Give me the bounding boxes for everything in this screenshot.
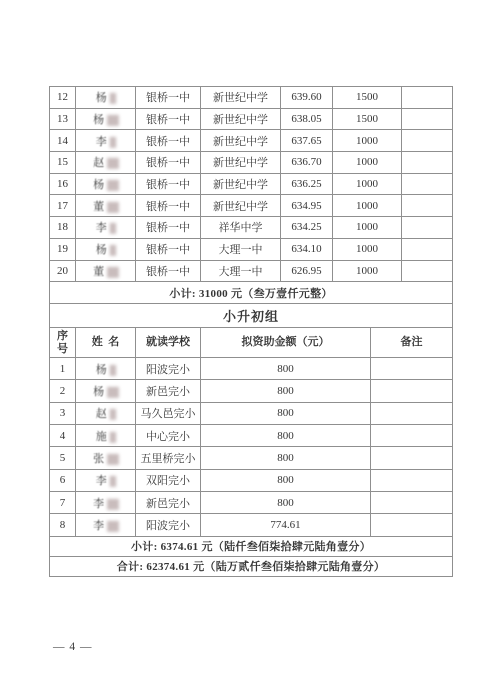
grant-amount: 1000 [333, 217, 402, 239]
grant-amount: 800 [201, 469, 371, 491]
table-row: 8 李██ 阳波完小 774.61 [50, 514, 453, 536]
exam-score: 626.95 [281, 260, 333, 282]
table-row: 13 杨██ 银桥一中 新世纪中学 638.05 1500 [50, 108, 453, 130]
admitted-school: 新世纪中学 [201, 195, 281, 217]
note-cell [371, 491, 453, 513]
student-no: 7 [50, 491, 76, 513]
redacted-name: █ [110, 409, 115, 419]
surname-text: 施 [96, 431, 107, 443]
student-name: 董██ [76, 260, 136, 282]
redacted-name: ██ [107, 202, 118, 212]
redacted-name: ██ [107, 454, 118, 464]
note-cell [371, 425, 453, 447]
note-cell [402, 152, 453, 174]
surname-text: 李 [93, 520, 104, 532]
current-school: 阳波完小 [136, 358, 201, 380]
student-no: 12 [50, 87, 76, 109]
grant-amount: 1000 [333, 173, 402, 195]
redacted-name: ██ [107, 267, 118, 277]
exam-score: 634.25 [281, 217, 333, 239]
current-school: 五里桥完小 [136, 447, 201, 469]
admitted-school: 新世纪中学 [201, 87, 281, 109]
note-cell [402, 108, 453, 130]
student-name: 杨██ [76, 108, 136, 130]
primary-group-table: 序 号 姓 名 就读学校 拟资助金额（元） 备注 1 杨█ 阳波完小 800 2… [49, 327, 453, 576]
admitted-school: 大理一中 [201, 260, 281, 282]
note-cell [402, 217, 453, 239]
table-row: 12 杨█ 银桥一中 新世纪中学 639.60 1500 [50, 87, 453, 109]
surname-text: 杨 [93, 386, 104, 398]
grand-total: 合计: 62374.61 元（陆万贰仟叁佰柒拾肆元陆角壹分） [50, 556, 453, 576]
current-school: 银桥一中 [136, 152, 201, 174]
student-name: 李█ [76, 217, 136, 239]
student-no: 1 [50, 358, 76, 380]
table-row: 16 杨██ 银桥一中 新世纪中学 636.25 1000 [50, 173, 453, 195]
student-no: 3 [50, 402, 76, 424]
redacted-name: █ [110, 476, 115, 486]
student-name: 李██ [76, 491, 136, 513]
document-page: 12 杨█ 银桥一中 新世纪中学 639.60 1500 13 杨██ 银桥一中… [0, 0, 495, 700]
note-cell [402, 87, 453, 109]
admitted-school: 新世纪中学 [201, 108, 281, 130]
student-no: 17 [50, 195, 76, 217]
student-no: 14 [50, 130, 76, 152]
note-cell [402, 173, 453, 195]
student-name: 杨█ [76, 87, 136, 109]
note-cell [371, 380, 453, 402]
page-number: — 4 — [53, 641, 93, 653]
note-cell [402, 260, 453, 282]
redacted-name: █ [110, 245, 115, 255]
admitted-school: 新世纪中学 [201, 173, 281, 195]
grant-amount: 800 [201, 447, 371, 469]
header-name: 姓 名 [76, 328, 136, 358]
table-row: 18 李█ 银桥一中 祥华中学 634.25 1000 [50, 217, 453, 239]
redacted-name: █ [110, 137, 115, 147]
exam-score: 634.95 [281, 195, 333, 217]
subtotal-row: 小计: 31000 元（叁万壹仟元整） [50, 282, 453, 304]
student-no: 20 [50, 260, 76, 282]
redacted-name: ██ [107, 115, 118, 125]
note-cell [371, 514, 453, 536]
grant-amount: 1500 [333, 87, 402, 109]
table-row: 3 赵█ 马久邑完小 800 [50, 402, 453, 424]
redacted-name: █ [110, 365, 115, 375]
student-name: 李██ [76, 514, 136, 536]
surname-text: 赵 [93, 157, 104, 169]
note-cell [402, 195, 453, 217]
primary-subtotal: 小计: 6374.61 元（陆仟叁佰柒拾肆元陆角壹分） [50, 536, 453, 556]
student-no: 4 [50, 425, 76, 447]
student-no: 16 [50, 173, 76, 195]
current-school: 中心完小 [136, 425, 201, 447]
current-school: 新邑完小 [136, 491, 201, 513]
admitted-school: 新世纪中学 [201, 130, 281, 152]
redacted-name: ██ [107, 180, 118, 190]
table-row: 17 董██ 银桥一中 新世纪中学 634.95 1000 [50, 195, 453, 217]
student-name: 施█ [76, 425, 136, 447]
grant-amount: 1000 [333, 130, 402, 152]
grant-amount: 800 [201, 380, 371, 402]
grant-amount: 800 [201, 358, 371, 380]
grant-amount: 1000 [333, 238, 402, 260]
student-no: 18 [50, 217, 76, 239]
student-no: 19 [50, 238, 76, 260]
redacted-name: ██ [107, 158, 118, 168]
table-row: 5 张██ 五里桥完小 800 [50, 447, 453, 469]
grant-amount: 1000 [333, 195, 402, 217]
subtotal-row: 小计: 6374.61 元（陆仟叁佰柒拾肆元陆角壹分） [50, 536, 453, 556]
student-no: 2 [50, 380, 76, 402]
admitted-school: 大理一中 [201, 238, 281, 260]
student-name: 董██ [76, 195, 136, 217]
student-name: 李█ [76, 469, 136, 491]
note-cell [371, 358, 453, 380]
table-row: 19 杨█ 银桥一中 大理一中 634.10 1000 [50, 238, 453, 260]
exam-score: 639.60 [281, 87, 333, 109]
current-school: 阳波完小 [136, 514, 201, 536]
surname-text: 杨 [93, 179, 104, 191]
surname-text: 赵 [96, 408, 107, 420]
surname-text: 杨 [96, 244, 107, 256]
current-school: 银桥一中 [136, 238, 201, 260]
student-name: 杨█ [76, 358, 136, 380]
current-school: 新邑完小 [136, 380, 201, 402]
redacted-name: █ [110, 93, 115, 103]
admitted-school: 新世纪中学 [201, 152, 281, 174]
grant-amount: 800 [201, 402, 371, 424]
surname-text: 杨 [96, 92, 107, 104]
current-school: 马久邑完小 [136, 402, 201, 424]
primary-section-title: 小升初组 [50, 304, 453, 328]
current-school: 银桥一中 [136, 130, 201, 152]
grant-amount: 1000 [333, 260, 402, 282]
note-cell [402, 238, 453, 260]
exam-score: 634.10 [281, 238, 333, 260]
header-amount: 拟资助金额（元） [201, 328, 371, 358]
exam-score: 637.65 [281, 130, 333, 152]
header-no: 序 号 [50, 328, 76, 358]
table-row: 2 杨██ 新邑完小 800 [50, 380, 453, 402]
student-name: 杨██ [76, 173, 136, 195]
current-school: 银桥一中 [136, 217, 201, 239]
student-name: 杨█ [76, 238, 136, 260]
header-note: 备注 [371, 328, 453, 358]
student-name: 张██ [76, 447, 136, 469]
current-school: 双阳完小 [136, 469, 201, 491]
grant-amount: 1500 [333, 108, 402, 130]
table-row: 20 董██ 银桥一中 大理一中 626.95 1000 [50, 260, 453, 282]
note-cell [371, 402, 453, 424]
table-row: 1 杨█ 阳波完小 800 [50, 358, 453, 380]
surname-text: 李 [96, 136, 107, 148]
redacted-name: ██ [107, 387, 118, 397]
note-cell [402, 130, 453, 152]
surname-text: 张 [93, 453, 104, 465]
redacted-name: █ [110, 432, 115, 442]
note-cell [371, 469, 453, 491]
section-title-row: 小升初组 [50, 304, 453, 328]
redacted-name: █ [110, 223, 115, 233]
admitted-school: 祥华中学 [201, 217, 281, 239]
student-name: 赵█ [76, 402, 136, 424]
student-name: 杨██ [76, 380, 136, 402]
student-no: 5 [50, 447, 76, 469]
table-row: 15 赵██ 银桥一中 新世纪中学 636.70 1000 [50, 152, 453, 174]
student-name: 赵██ [76, 152, 136, 174]
junior-high-subtotal: 小计: 31000 元（叁万壹仟元整） [50, 282, 453, 304]
funding-tables: 12 杨█ 银桥一中 新世纪中学 639.60 1500 13 杨██ 银桥一中… [49, 86, 452, 577]
grant-amount: 1000 [333, 152, 402, 174]
current-school: 银桥一中 [136, 173, 201, 195]
current-school: 银桥一中 [136, 195, 201, 217]
junior-high-table: 12 杨█ 银桥一中 新世纪中学 639.60 1500 13 杨██ 银桥一中… [49, 86, 453, 328]
current-school: 银桥一中 [136, 260, 201, 282]
student-no: 6 [50, 469, 76, 491]
table-row: 4 施█ 中心完小 800 [50, 425, 453, 447]
header-school: 就读学校 [136, 328, 201, 358]
surname-text: 李 [96, 475, 107, 487]
exam-score: 636.70 [281, 152, 333, 174]
current-school: 银桥一中 [136, 108, 201, 130]
student-no: 13 [50, 108, 76, 130]
grant-amount: 800 [201, 491, 371, 513]
surname-text: 董 [93, 266, 104, 278]
exam-score: 636.25 [281, 173, 333, 195]
surname-text: 董 [93, 201, 104, 213]
surname-text: 杨 [93, 114, 104, 126]
student-name: 李█ [76, 130, 136, 152]
exam-score: 638.05 [281, 108, 333, 130]
table-row: 14 李█ 银桥一中 新世纪中学 637.65 1000 [50, 130, 453, 152]
table-row: 7 李██ 新邑完小 800 [50, 491, 453, 513]
grant-amount: 800 [201, 425, 371, 447]
current-school: 银桥一中 [136, 87, 201, 109]
grant-amount: 774.61 [201, 514, 371, 536]
redacted-name: ██ [107, 521, 118, 531]
redacted-name: ██ [107, 499, 118, 509]
table-row: 6 李█ 双阳完小 800 [50, 469, 453, 491]
student-no: 15 [50, 152, 76, 174]
note-cell [371, 447, 453, 469]
surname-text: 杨 [96, 364, 107, 376]
surname-text: 李 [96, 222, 107, 234]
student-no: 8 [50, 514, 76, 536]
grand-total-row: 合计: 62374.61 元（陆万贰仟叁佰柒拾肆元陆角壹分） [50, 556, 453, 576]
table-header-row: 序 号 姓 名 就读学校 拟资助金额（元） 备注 [50, 328, 453, 358]
surname-text: 李 [93, 498, 104, 510]
